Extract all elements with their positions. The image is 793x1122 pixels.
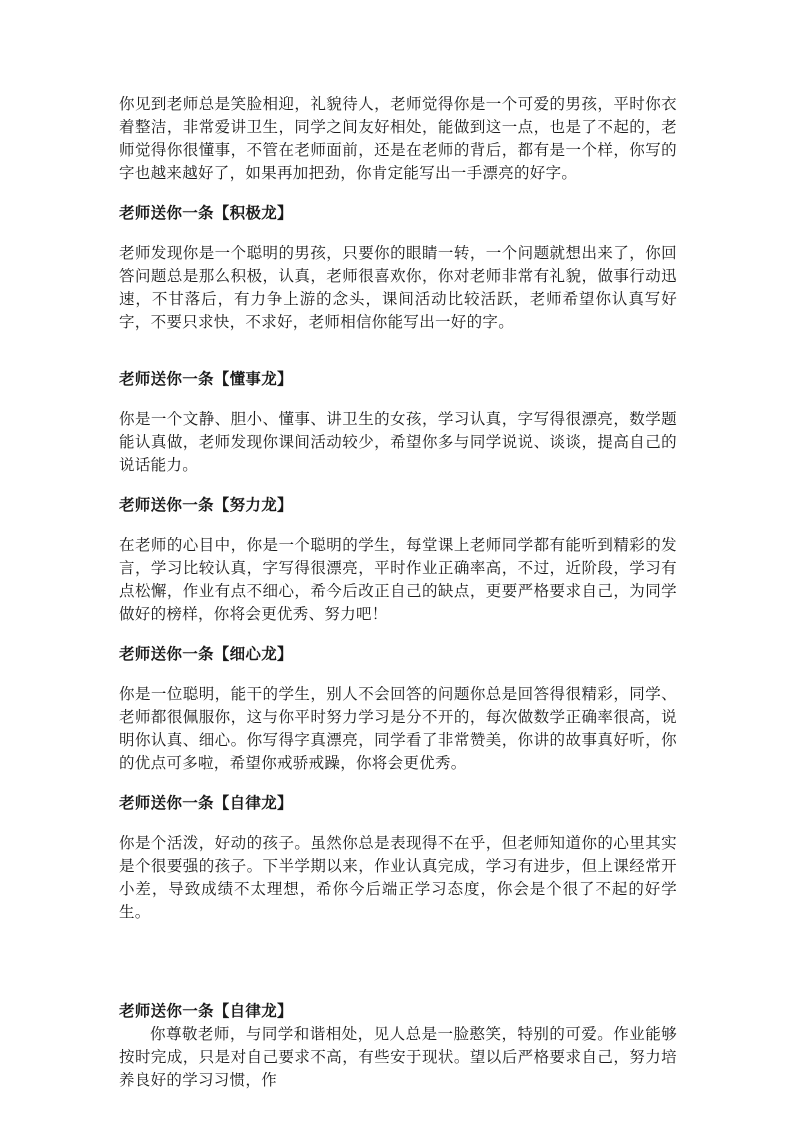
section-heading-hardworking-dragon: 老师送你一条【努力龙】 xyxy=(119,494,677,517)
section-heading-careful-dragon: 老师送你一条【细心龙】 xyxy=(119,643,677,666)
section-heading-self-discipline-dragon-2: 老师送你一条【自律龙】 xyxy=(119,1000,677,1023)
section-heading-positive-dragon: 老师送你一条【积极龙】 xyxy=(119,202,677,225)
section-body-self-discipline-dragon: 你是个活泼，好动的孩子。虽然你总是表现得不在乎，但老师知道你的心里其实是个很要强… xyxy=(119,832,677,924)
section-body-careful-dragon: 你是一位聪明，能干的学生，别人不会回答的问题你总是回答得很精彩，同学、老师都很佩… xyxy=(119,683,677,775)
section-body-sensible-dragon: 你是一个文静、胆小、懂事、讲卫生的女孩，学习认真，字写得很漂亮，数学题能认真做，… xyxy=(119,408,677,477)
intro-paragraph: 你见到老师总是笑脸相迎，礼貌待人，老师觉得你是一个可爱的男孩，平时你衣着整洁，非… xyxy=(119,93,677,185)
section-heading-sensible-dragon: 老师送你一条【懂事龙】 xyxy=(119,368,677,391)
section-body-self-discipline-dragon-2: 你尊敬老师，与同学和谐相处，见人总是一脸憨笑，特别的可爱。作业能够按时完成，只是… xyxy=(119,1023,677,1092)
section-heading-self-discipline-dragon: 老师送你一条【自律龙】 xyxy=(119,792,677,815)
document-page: 你见到老师总是笑脸相迎，礼貌待人，老师觉得你是一个可爱的男孩，平时你衣着整洁，非… xyxy=(0,0,793,1122)
section-body-hardworking-dragon: 在老师的心目中，你是一个聪明的学生，每堂课上老师同学都有能听到精彩的发言，学习比… xyxy=(119,534,677,626)
section-body-positive-dragon: 老师发现你是一个聪明的男孩，只要你的眼睛一转，一个问题就想出来了，你回答问题总是… xyxy=(119,242,677,334)
